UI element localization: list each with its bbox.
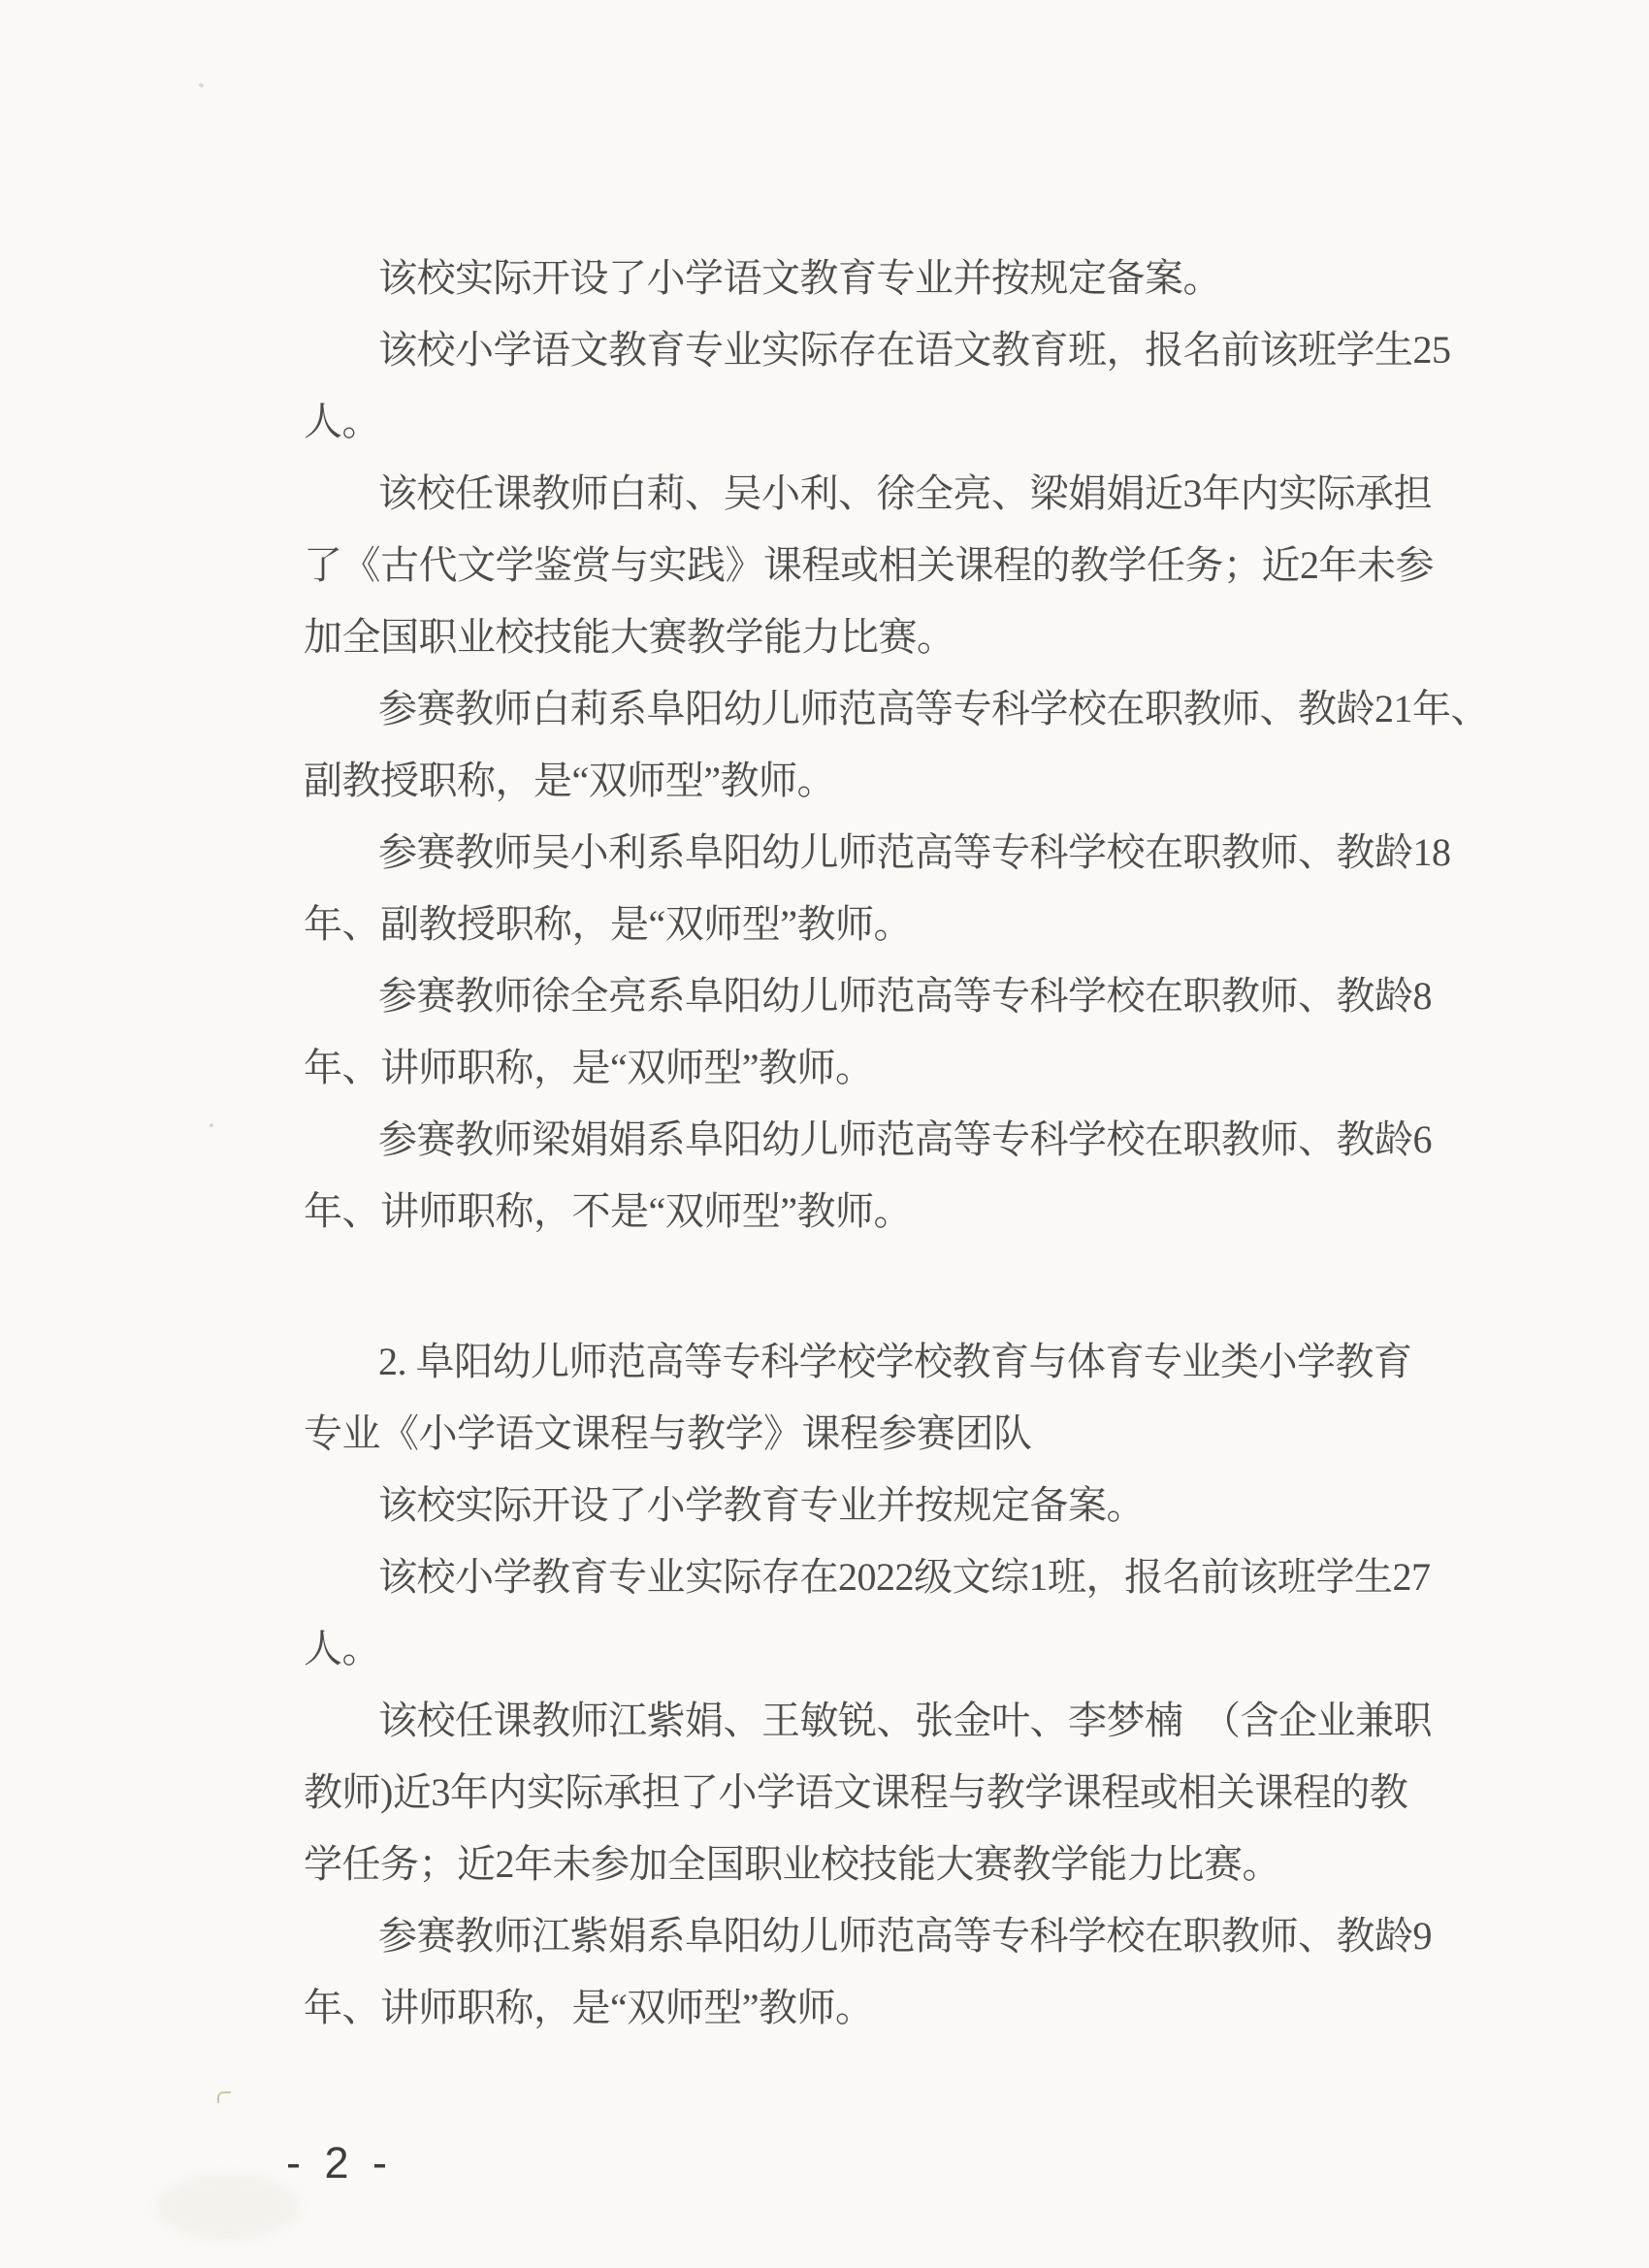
doc-line: 人。 [304, 386, 1458, 458]
doc-line: 年、副教授职称，是“双师型”教师。 [304, 889, 1458, 960]
doc-line: 年、讲师职称，不是“双师型”教师。 [304, 1176, 1458, 1247]
doc-line: 该校任课教师白莉、吴小利、徐全亮、梁娟娟近3年内实际承担 [304, 458, 1458, 530]
doc-line: 该校实际开设了小学语文教育专业并按规定备案。 [304, 243, 1458, 314]
doc-line: 学任务；近2年未参加全国职业校技能大赛教学能力比赛。 [304, 1829, 1458, 1900]
doc-line: 该校实际开设了小学教育专业并按规定备案。 [304, 1470, 1458, 1541]
doc-line: 参赛教师徐全亮系阜阳幼儿师范高等专科学校在职教师、教龄8 [304, 960, 1458, 1032]
doc-line: 加全国职业校技能大赛教学能力比赛。 [304, 601, 1458, 673]
doc-line: 参赛教师梁娟娟系阜阳幼儿师范高等专科学校在职教师、教龄6 [304, 1104, 1458, 1176]
doc-line: 参赛教师白莉系阜阳幼儿师范高等专科学校在职教师、教龄21年、 [304, 673, 1458, 745]
doc-line-section-2-start: 2. 阜阳幼儿师范高等专科学校学校教育与体育专业类小学教育 [304, 1326, 1458, 1398]
scanned-document-page: 该校实际开设了小学语文教育专业并按规定备案。 该校小学语文教育专业实际存在语文教… [0, 0, 1649, 2268]
page-number: - 2 - [286, 2137, 393, 2189]
doc-line: 该校小学语文教育专业实际存在语文教育班，报名前该班学生25 [304, 314, 1458, 386]
doc-line: 专业《小学语文课程与教学》课程参赛团队 [304, 1398, 1458, 1470]
doc-line: 参赛教师江紫娟系阜阳幼儿师范高等专科学校在职教师、教龄9 [304, 1900, 1458, 1972]
doc-line: 副教授职称，是“双师型”教师。 [304, 745, 1458, 817]
doc-line: 该校小学教育专业实际存在2022级文综1班，报名前该班学生27 [304, 1541, 1458, 1613]
doc-line: 人。 [304, 1613, 1458, 1685]
doc-line: 了《古代文学鉴赏与实践》课程或相关课程的教学任务；近2年未参 [304, 530, 1458, 601]
doc-line: 年、讲师职称，是“双师型”教师。 [304, 1972, 1458, 2044]
doc-line: 参赛教师吴小利系阜阳幼儿师范高等专科学校在职教师、教龄18 [304, 817, 1458, 889]
scan-artifact [198, 82, 204, 88]
document-body: 该校实际开设了小学语文教育专业并按规定备案。 该校小学语文教育专业实际存在语文教… [304, 243, 1458, 2044]
scan-artifact [155, 2173, 301, 2241]
doc-line: 该校任课教师江紫娟、王敏锐、张金叶、李梦楠 （含企业兼职 [304, 1685, 1458, 1757]
scan-artifact [210, 1123, 213, 1127]
doc-line: 教师)近3年内实际承担了小学语文课程与教学课程或相关课程的教 [304, 1757, 1458, 1829]
scan-artifact [217, 2091, 231, 2103]
doc-line: 年、讲师职称，是“双师型”教师。 [304, 1032, 1458, 1104]
